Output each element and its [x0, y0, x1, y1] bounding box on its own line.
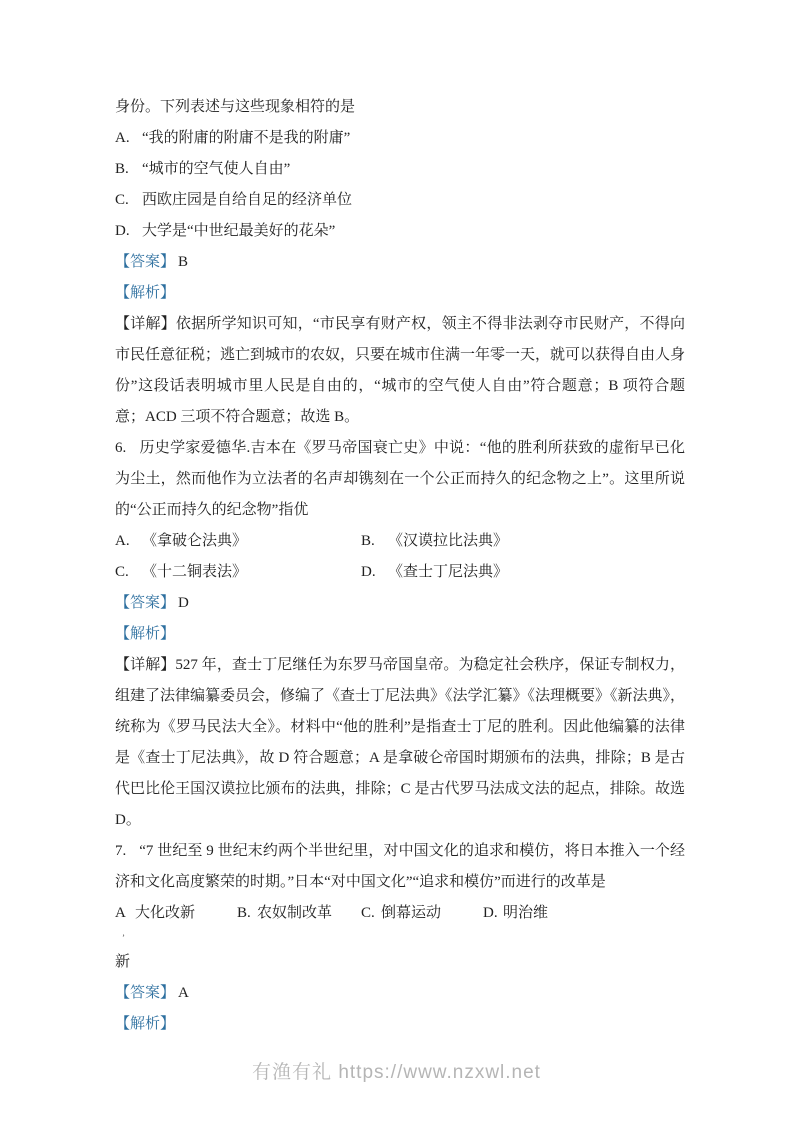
q6-option-c-text: 《十二铜表法》: [142, 564, 247, 580]
q5-option-c-label: C.: [115, 185, 142, 216]
q6-option-b: B.《汉谟拉比法典》: [361, 526, 685, 557]
q6-option-a: A.《拿破仑法典》: [115, 526, 361, 557]
q6-number: 6.: [115, 433, 126, 464]
answer-label: 【答案】: [115, 985, 175, 1001]
q6-option-d-label: D.: [361, 557, 388, 588]
q6-options-row-1: A.《拿破仑法典》 B.《汉谟拉比法典》: [115, 526, 685, 557]
q5-option-b-text: “城市的空气使人自由”: [142, 161, 290, 177]
q7-number: 7.: [115, 836, 126, 867]
exam-content: 身份。下列表述与这些现象相符的是 A.“我的附庸的附庸不是我的附庸” B.“城市…: [115, 92, 685, 1040]
answer-label: 【答案】: [115, 254, 175, 270]
answer-label: 【答案】: [115, 595, 175, 611]
q5-detail-paragraph: 【详解】依据所学知识可知，“市民享有财产权，领主不得非法剥夺市民财产，不得向市民…: [115, 309, 685, 433]
q7-stray-mark: ’: [115, 929, 685, 947]
q5-answer-line: 【答案】B: [115, 247, 685, 278]
detail-label: 【详解】: [115, 657, 175, 673]
q5-option-d: D.大学是“中世纪最美好的花朵”: [115, 216, 685, 247]
document-page: 身份。下列表述与这些现象相符的是 A.“我的附庸的附庸不是我的附庸” B.“城市…: [0, 0, 793, 1122]
q5-option-b-label: B.: [115, 154, 142, 185]
q6-detail-paragraph: 【详解】527 年，查士丁尼继任为东罗马帝国皇帝。为稳定社会秩序，保证专制权力，…: [115, 650, 685, 836]
q6-answer-value: D: [178, 595, 189, 611]
q6-option-a-label: A.: [115, 526, 142, 557]
q7-option-a-label: A: [115, 898, 135, 929]
q7-stem: 7.“7 世纪至 9 世纪末约两个半世纪里，对中国文化的追求和模仿，将日本推入一…: [115, 836, 685, 898]
analysis-label: 【解析】: [115, 1016, 175, 1032]
q5-answer-value: B: [178, 254, 188, 270]
q6-option-c-label: C.: [115, 557, 142, 588]
q7-option-c-text: 倒幕运动: [381, 905, 441, 921]
q5-stem-tail: 身份。下列表述与这些现象相符的是: [115, 92, 685, 123]
q6-option-d: D.《查士丁尼法典》: [361, 557, 685, 588]
q5-option-a-text: “我的附庸的附庸不是我的附庸”: [142, 130, 350, 146]
q7-option-a-text: 大化改新: [135, 905, 195, 921]
q6-option-a-text: 《拿破仑法典》: [142, 533, 247, 549]
q7-option-d-text: 明治维: [503, 905, 548, 921]
q7-answer-line: 【答案】A: [115, 978, 685, 1009]
q5-option-c: C.西欧庄园是自给自足的经济单位: [115, 185, 685, 216]
analysis-label: 【解析】: [115, 626, 175, 642]
q7-options-row: A大化改新 B.农奴制改革 C.倒幕运动 D.明治维: [115, 898, 685, 929]
detail-label: 【详解】: [115, 316, 176, 332]
q7-option-c: C.倒幕运动: [361, 898, 483, 929]
q6-option-b-text: 《汉谟拉比法典》: [388, 533, 508, 549]
q7-option-d-label: D.: [483, 898, 503, 929]
q6-option-c: C.《十二铜表法》: [115, 557, 361, 588]
q7-option-c-label: C.: [361, 898, 381, 929]
q5-option-d-label: D.: [115, 216, 142, 247]
analysis-label: 【解析】: [115, 285, 175, 301]
q7-option-b-text: 农奴制改革: [257, 905, 332, 921]
q7-analysis-line: 【解析】: [115, 1009, 685, 1040]
q5-option-b: B.“城市的空气使人自由”: [115, 154, 685, 185]
q7-option-d: D.明治维: [483, 898, 685, 929]
q7-answer-value: A: [178, 985, 189, 1001]
q6-stem: 6.历史学家爱德华.吉本在《罗马帝国衰亡史》中说：“他的胜利所获致的虚衔早已化为…: [115, 433, 685, 526]
q7-option-b-label: B.: [237, 898, 257, 929]
q6-options-row-2: C.《十二铜表法》 D.《查士丁尼法典》: [115, 557, 685, 588]
q6-detail-text: 527 年，查士丁尼继任为东罗马帝国皇帝。为稳定社会秩序，保证专制权力，组建了法…: [115, 657, 685, 828]
q7-option-b: B.农奴制改革: [237, 898, 361, 929]
q5-option-a: A.“我的附庸的附庸不是我的附庸”: [115, 123, 685, 154]
q5-option-c-text: 西欧庄园是自给自足的经济单位: [142, 192, 352, 208]
q6-option-d-text: 《查士丁尼法典》: [388, 564, 508, 580]
q6-option-b-label: B.: [361, 526, 388, 557]
q5-option-d-text: 大学是“中世纪最美好的花朵”: [142, 223, 335, 239]
q5-analysis-line: 【解析】: [115, 278, 685, 309]
q5-option-a-label: A.: [115, 123, 142, 154]
q7-option-d-wrap: 新: [115, 947, 685, 978]
q7-option-a: A大化改新: [115, 898, 237, 929]
q6-stem-text: 历史学家爱德华.吉本在《罗马帝国衰亡史》中说：“他的胜利所获致的虚衔早已化为尘土…: [115, 440, 685, 518]
q7-stem-text: “7 世纪至 9 世纪末约两个半世纪里，对中国文化的追求和模仿，将日本推入一个经…: [115, 843, 685, 890]
watermark-footer: 有渔有礼 https://www.nzxwl.net: [0, 1060, 793, 1086]
q6-analysis-line: 【解析】: [115, 619, 685, 650]
q6-answer-line: 【答案】D: [115, 588, 685, 619]
q5-detail-text: 依据所学知识可知，“市民享有财产权，领主不得非法剥夺市民财产，不得向市民任意征税…: [115, 316, 685, 425]
